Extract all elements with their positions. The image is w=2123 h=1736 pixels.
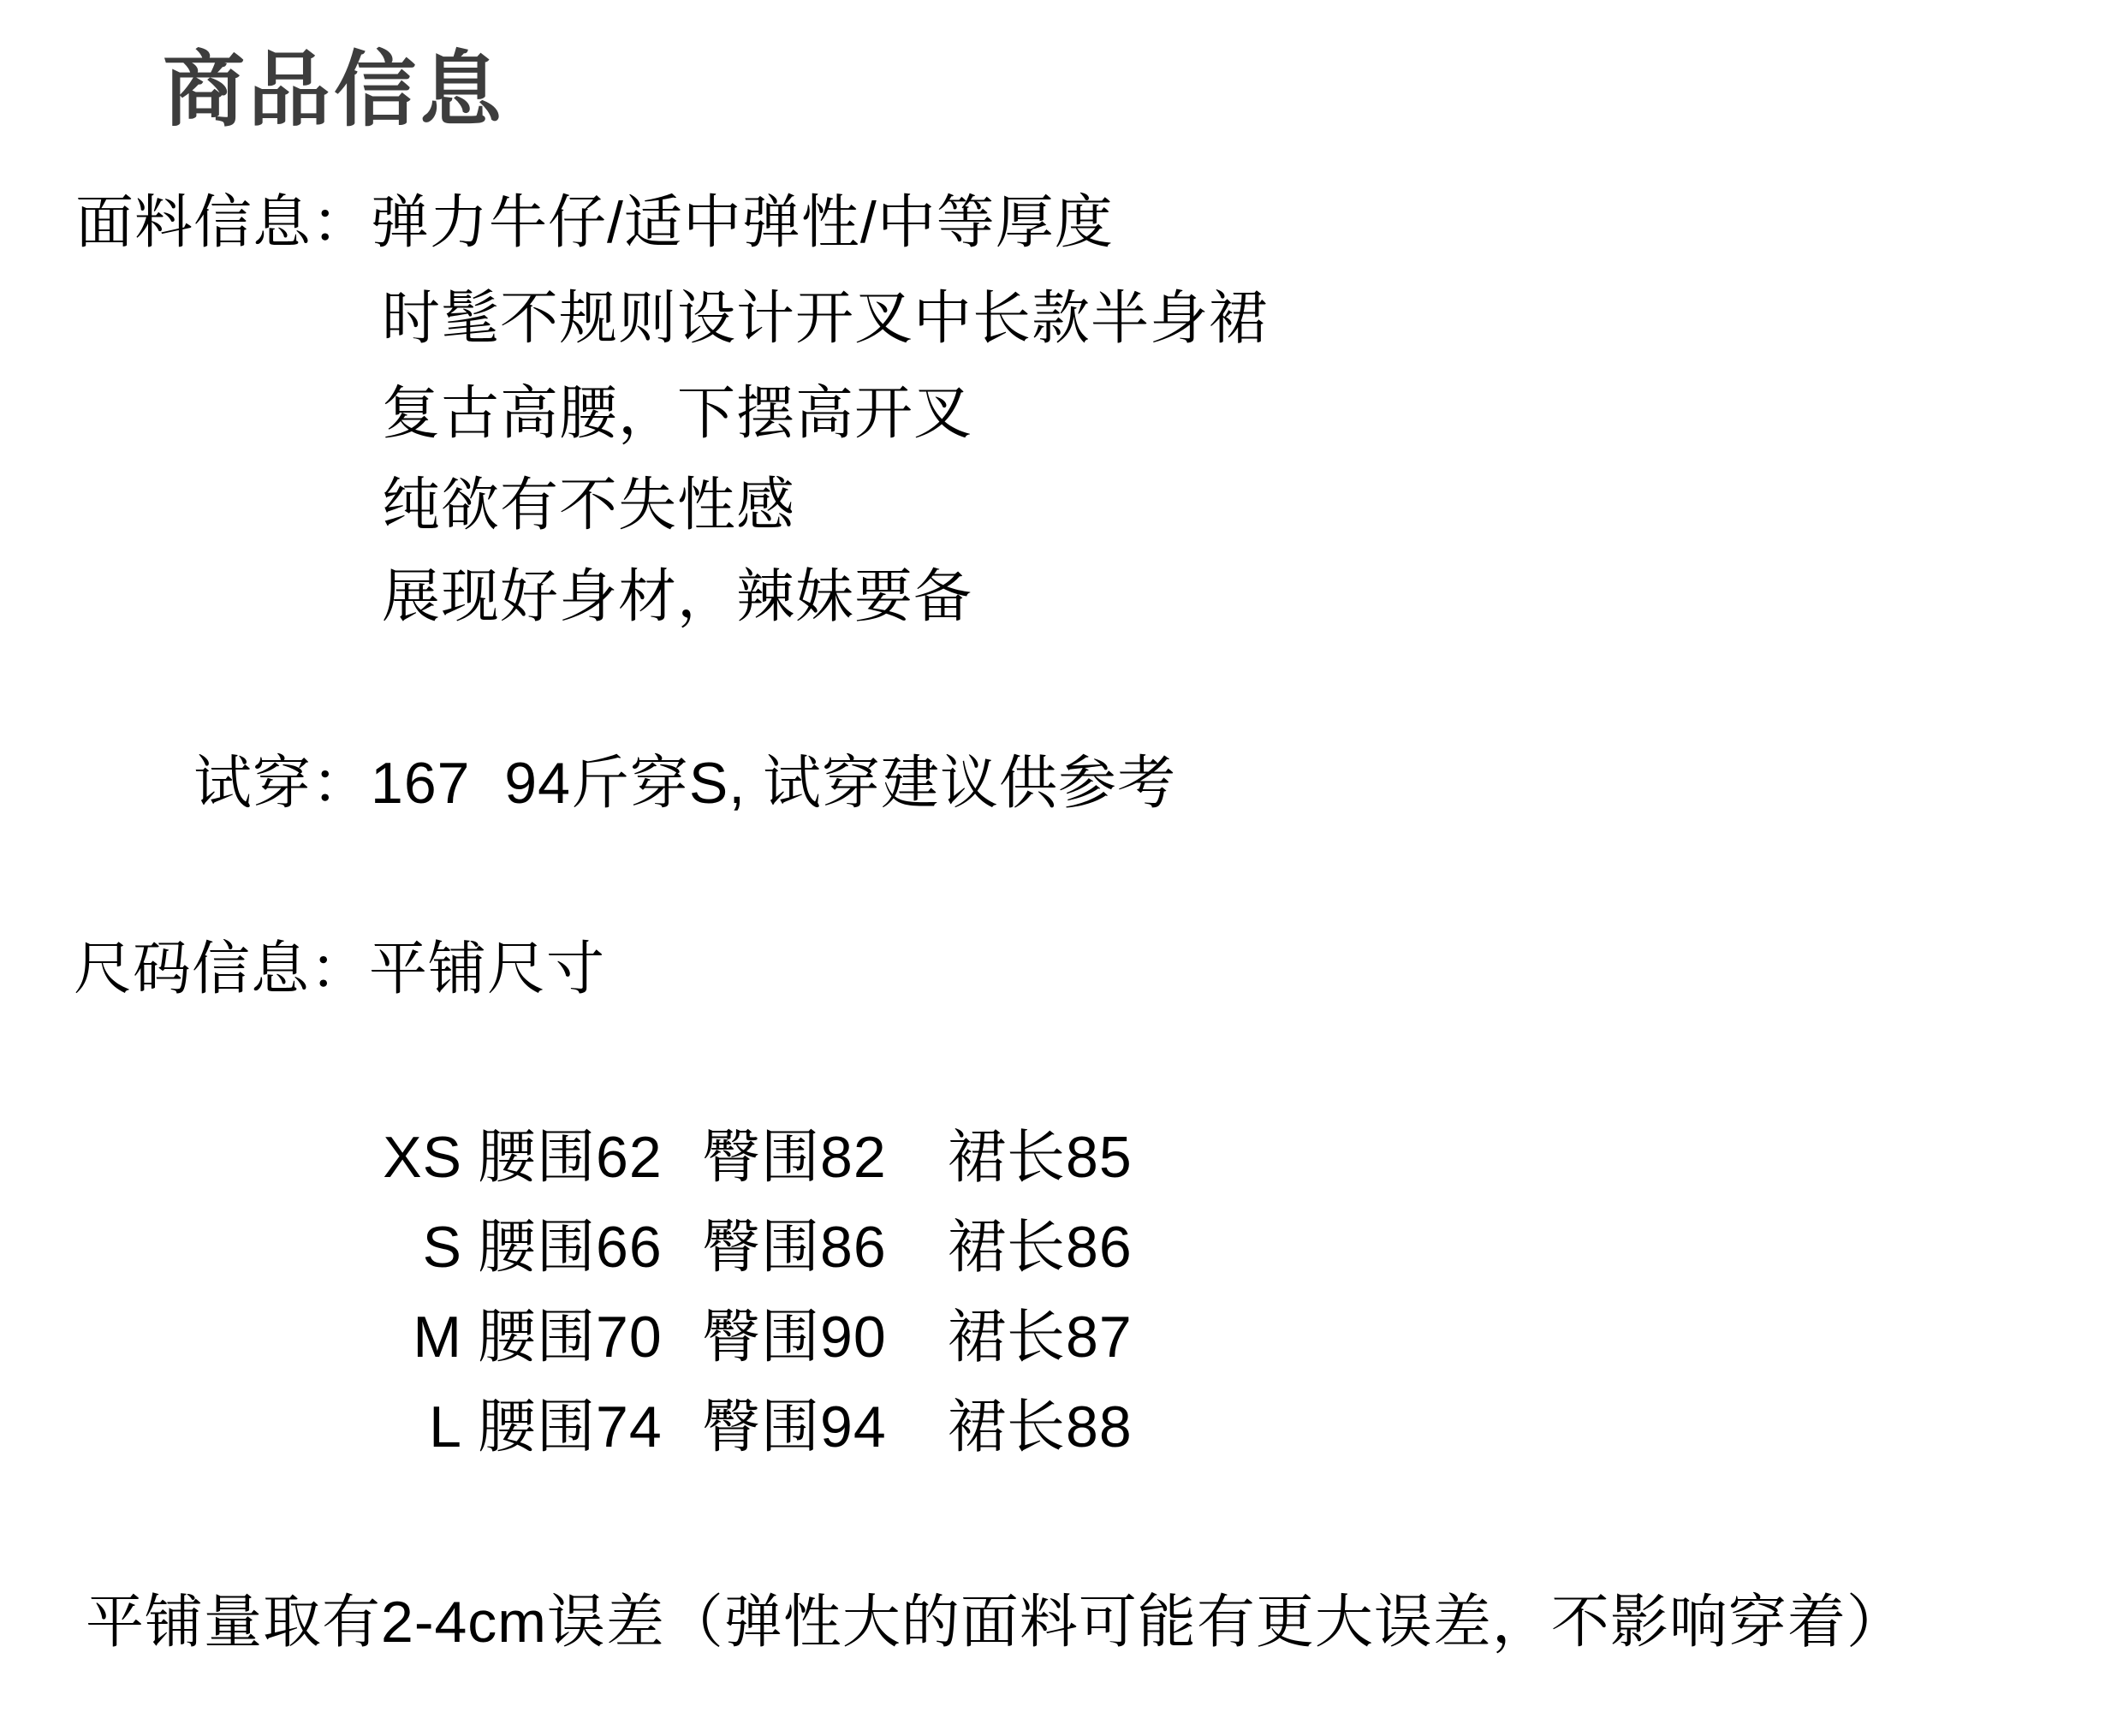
fabric-info-value: 弹力牛仔/适中弹性/中等厚度	[371, 190, 1114, 255]
size-table-row-m: M 腰围70 臀围90 裙长87	[342, 1305, 1133, 1370]
hip-value: 臀围86	[702, 1215, 948, 1280]
hip-value: 臀围82	[702, 1125, 948, 1190]
page-title: 商品信息	[163, 45, 505, 137]
waist-value: 腰围74	[478, 1394, 702, 1460]
length-value: 裙长88	[948, 1394, 1133, 1460]
size-label: S	[342, 1215, 462, 1280]
size-label: XS	[342, 1125, 462, 1190]
fitting-line: 试穿：167 94斤穿S, 试穿建议供参考	[193, 751, 1176, 816]
measurement-tolerance-note: 平铺量取有2-4cm误差（弹性大的面料可能有更大误差，不影响穿着）	[86, 1590, 1906, 1655]
fabric-info-label: 面料信息：	[75, 190, 371, 255]
hip-value: 臀围94	[702, 1394, 948, 1460]
fitting-label: 试穿：	[193, 751, 371, 816]
waist-value: 腰围70	[478, 1305, 702, 1370]
size-table-row-s: S 腰围66 臀围86 裙长86	[342, 1215, 1133, 1280]
length-value: 裙长87	[948, 1305, 1133, 1370]
waist-value: 腰围66	[478, 1215, 702, 1280]
size-table-row-xs: XS 腰围62 臀围82 裙长85	[342, 1125, 1133, 1190]
fabric-desc-line-3: 纯欲有不失性感	[382, 473, 795, 538]
length-value: 裙长86	[948, 1215, 1133, 1280]
size-label: L	[342, 1394, 462, 1460]
fabric-desc-line-2: 复古高腰，下摆高开叉	[382, 381, 972, 446]
fabric-desc-line-1: 时髦不规则设计开叉中长款半身裙	[382, 286, 1268, 351]
product-info-page: 商品信息 面料信息：弹力牛仔/适中弹性/中等厚度 时髦不规则设计开叉中长款半身裙…	[0, 0, 2123, 1736]
size-table-row-l: L 腰围74 臀围94 裙长88	[342, 1394, 1133, 1460]
length-value: 裙长85	[948, 1125, 1133, 1190]
fitting-value: 167 94斤穿S, 试穿建议供参考	[371, 751, 1176, 816]
hip-value: 臀围90	[702, 1305, 948, 1370]
fabric-info-line: 面料信息：弹力牛仔/适中弹性/中等厚度	[75, 190, 1114, 255]
size-label: M	[342, 1305, 462, 1370]
waist-value: 腰围62	[478, 1125, 702, 1190]
size-info-label: 尺码信息：	[74, 936, 369, 1002]
size-info-value: 平铺尺寸	[369, 936, 605, 1002]
fabric-desc-line-4: 展现好身材，辣妹要备	[382, 564, 972, 629]
size-info-line: 尺码信息：平铺尺寸	[74, 936, 605, 1002]
